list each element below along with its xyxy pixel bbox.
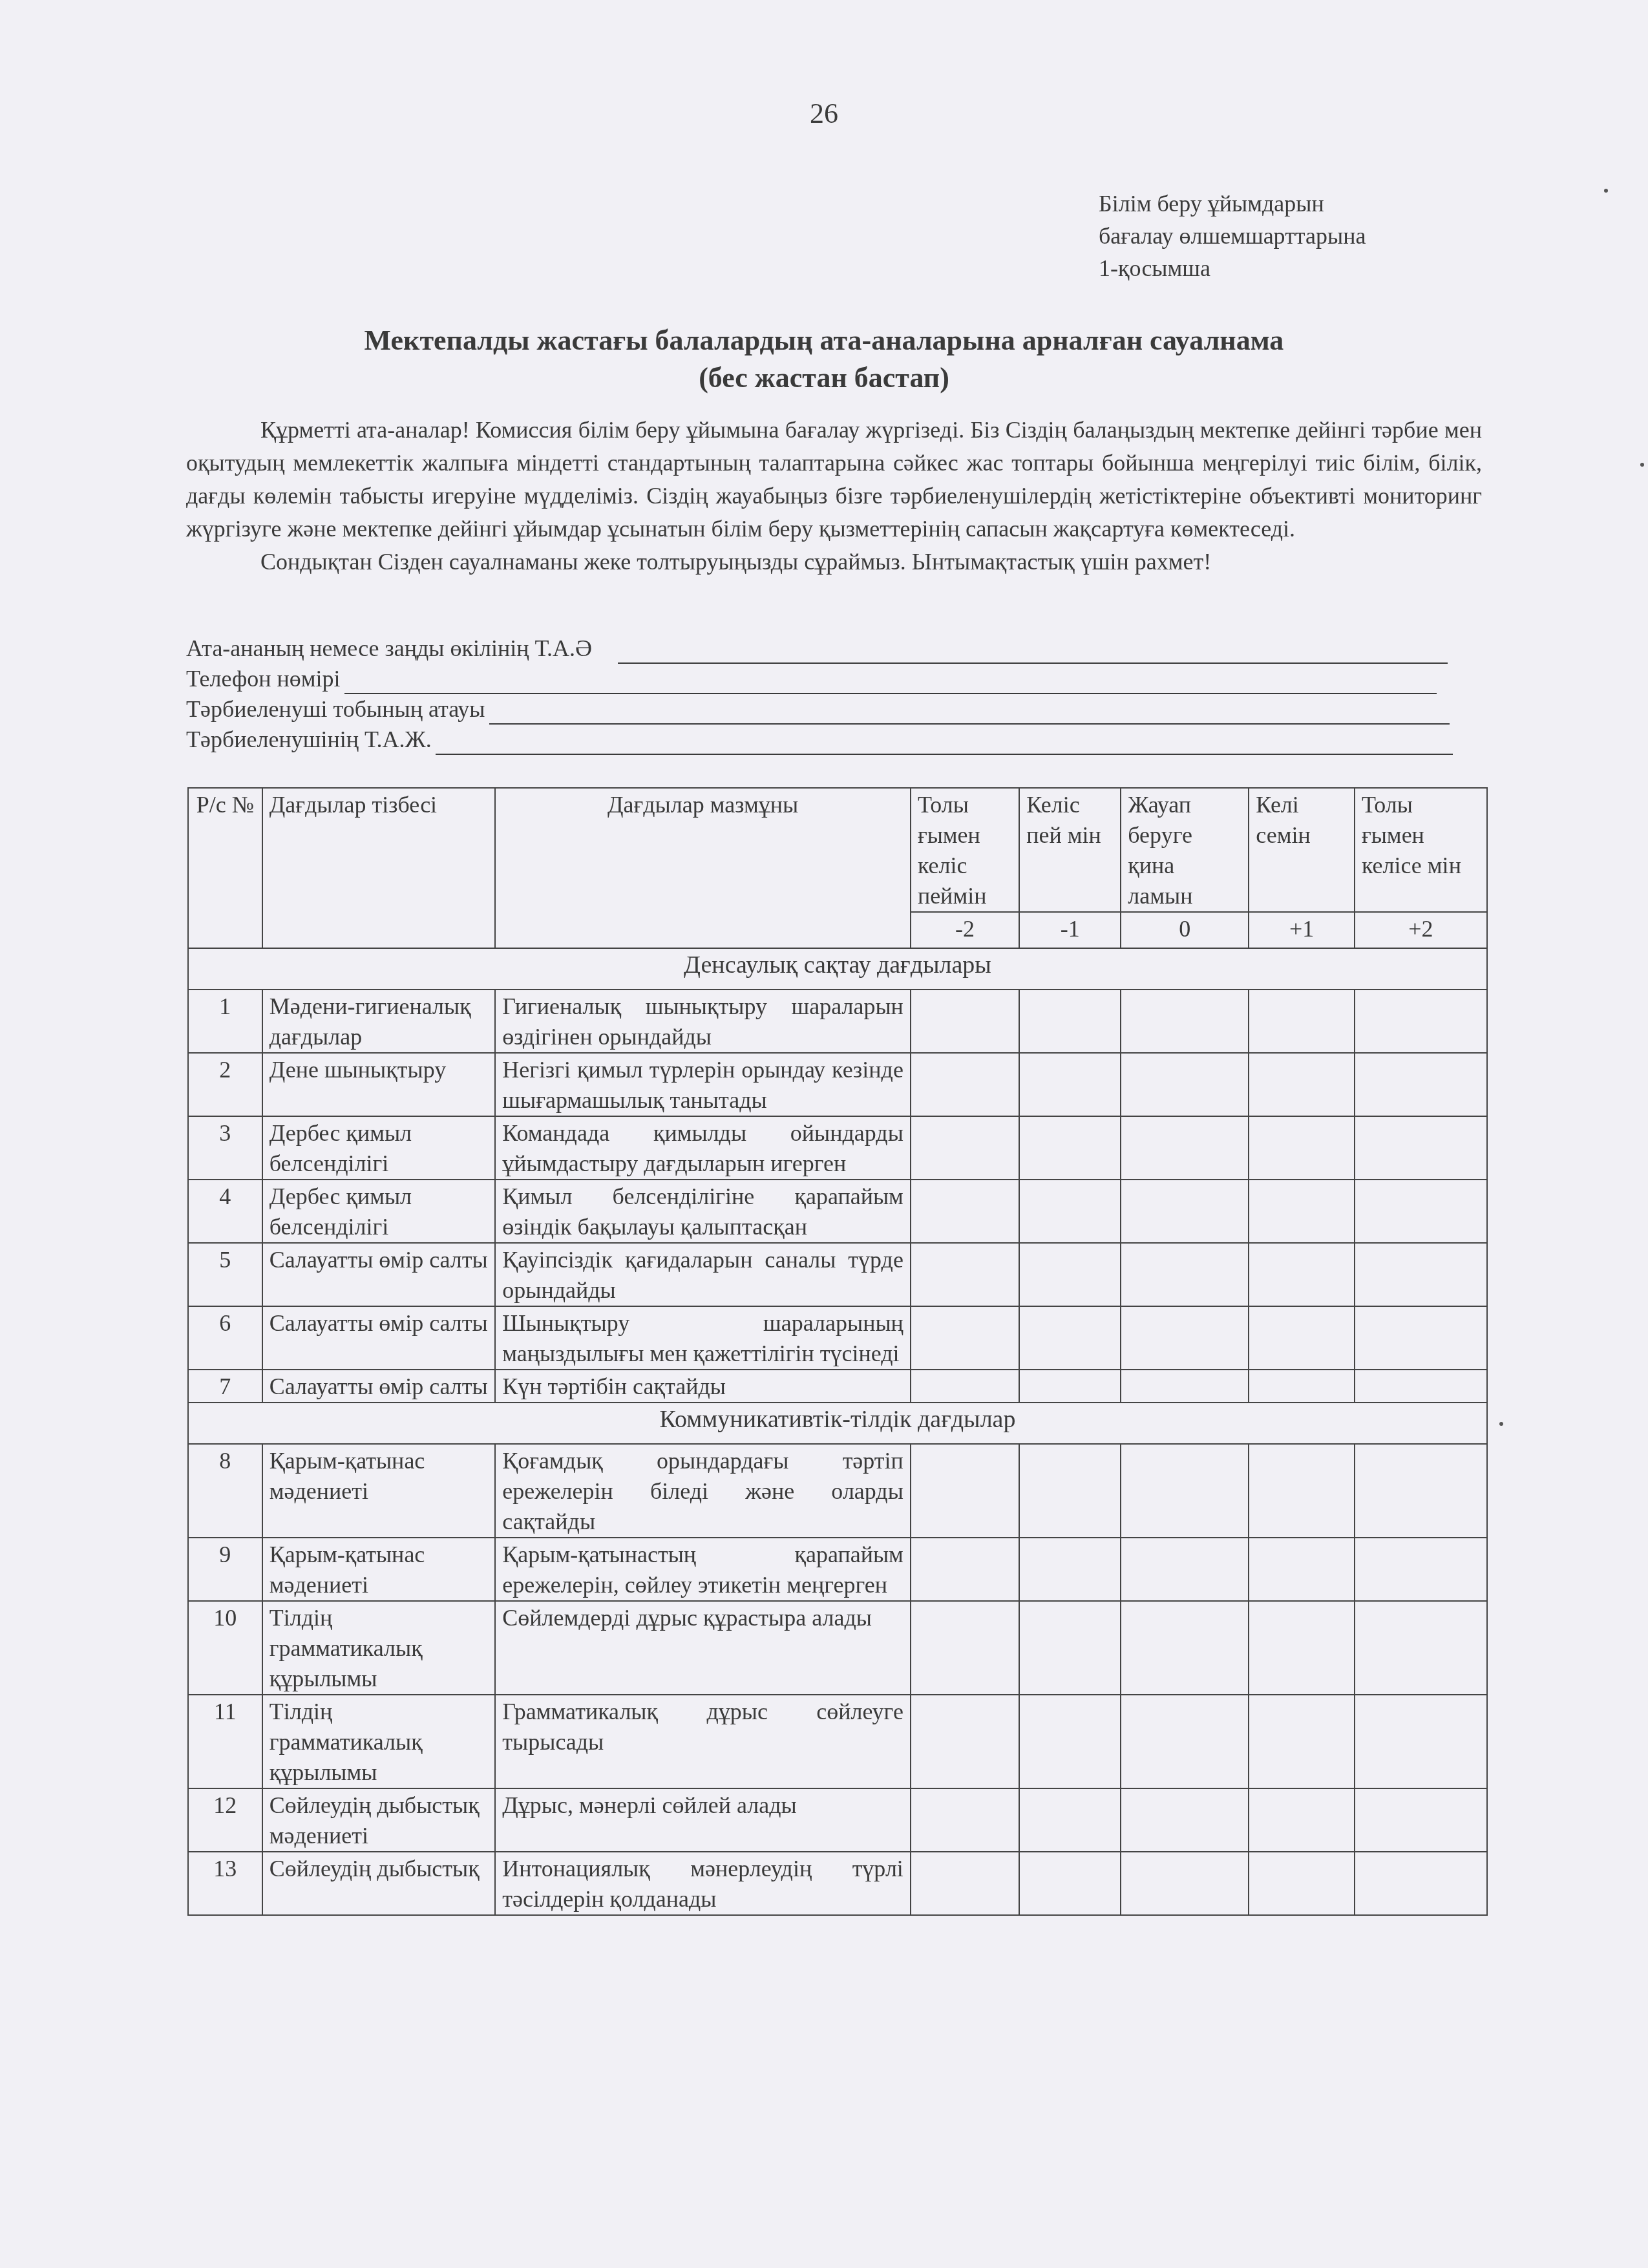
skill-content: Қауіпсіздік қағидаларын саналы түрде оры… [495,1243,911,1306]
survey-table: Р/с № Дағдылар тізбесі Дағдылар мазмұны … [187,787,1488,1916]
answer-strongly-agree[interactable] [1355,1852,1487,1915]
answer-disagree[interactable] [1019,1306,1121,1370]
appendix-note: Білім беру ұйымдарын бағалау өлшемшартта… [1099,187,1366,284]
answer-strongly-agree[interactable] [1355,1370,1487,1403]
answer-strongly-agree[interactable] [1355,1444,1487,1538]
answer-agree[interactable] [1249,1243,1355,1306]
answer-strongly-agree[interactable] [1355,1180,1487,1243]
field-label: Телефон нөмірі [186,664,341,694]
skill-content: Гигиеналық шынықтыру шараларын өздігінен… [495,990,911,1053]
header-scale-disagree: Келіс пей мін [1019,788,1121,912]
answer-agree[interactable] [1249,1370,1355,1403]
skill-name: Сөйлеудің дыбыстық [262,1852,496,1915]
answer-agree[interactable] [1249,1180,1355,1243]
scan-speck [1640,463,1644,467]
header-scale-strongly-agree: Толы ғымен келісе мін [1355,788,1487,912]
header-skill: Дағдылар тізбесі [262,788,496,948]
score-value: -2 [911,912,1019,948]
answer-strongly-disagree[interactable] [911,1370,1019,1403]
survey-body: Денсаулық сақтау дағдылары1Мәдени-гигиен… [188,948,1487,1915]
skill-name: Тілдің грамматикалық құрылымы [262,1695,496,1788]
header-scale-neutral: Жауап беруге қина ламын [1121,788,1249,912]
skill-content: Сөйлемдерді дұрыс құрастыра алады [495,1601,911,1695]
skill-content: Дұрыс, мәнерлі сөйлей алады [495,1788,911,1852]
answer-neutral[interactable] [1121,990,1249,1053]
table-row: 4Дербес қимыл белсенділігіҚимыл белсенді… [188,1180,1487,1243]
answer-neutral[interactable] [1121,1444,1249,1538]
row-number: 8 [188,1444,262,1538]
answer-strongly-disagree[interactable] [911,1243,1019,1306]
scan-speck [1499,1422,1503,1426]
table-row: 10Тілдің грамматикалық құрылымыСөйлемдер… [188,1601,1487,1695]
section-row: Денсаулық сақтау дағдылары [188,948,1487,990]
answer-strongly-disagree[interactable] [911,990,1019,1053]
answer-agree[interactable] [1249,990,1355,1053]
answer-strongly-disagree[interactable] [911,1788,1019,1852]
table-row: 11Тілдің грамматикалық құрылымыГрамматик… [188,1695,1487,1788]
answer-neutral[interactable] [1121,1243,1249,1306]
skill-name: Салауатты өмір салты [262,1306,496,1370]
answer-neutral[interactable] [1121,1116,1249,1180]
answer-disagree[interactable] [1019,1538,1121,1601]
answer-strongly-agree[interactable] [1355,1538,1487,1601]
field-label: Ата-ананың немесе заңды өкілінің Т.А.Ә [186,633,592,664]
row-number: 1 [188,990,262,1053]
answer-strongly-agree[interactable] [1355,990,1487,1053]
answer-strongly-disagree[interactable] [911,1116,1019,1180]
table-row: 13Сөйлеудің дыбыстықИнтонациялық мәнерле… [188,1852,1487,1915]
answer-disagree[interactable] [1019,990,1121,1053]
skill-name: Дербес қимыл белсенділігі [262,1116,496,1180]
header-scale-agree: Келі семін [1249,788,1355,912]
table-row: 1Мәдени-гигиеналық дағдыларГигиеналық шы… [188,990,1487,1053]
score-value: +1 [1249,912,1355,948]
field-input-line[interactable] [489,701,1450,725]
skill-content: Негізгі қимыл түрлерін орындау кезінде ш… [495,1053,911,1116]
answer-strongly-agree[interactable] [1355,1243,1487,1306]
answer-disagree[interactable] [1019,1695,1121,1788]
answer-strongly-disagree[interactable] [911,1444,1019,1538]
table-row: 9Қарым-қатынас мәдениетіҚарым-қатынастың… [188,1538,1487,1601]
row-number: 11 [188,1695,262,1788]
skill-content: Командада қимылды ойындарды ұйымдастыру … [495,1116,911,1180]
answer-disagree[interactable] [1019,1053,1121,1116]
appendix-line: 1-қосымша [1099,252,1366,284]
answer-strongly-agree[interactable] [1355,1306,1487,1370]
header-scale-strongly-disagree: Толы ғымен келіс пеймін [911,788,1019,912]
answer-agree[interactable] [1249,1788,1355,1852]
answer-neutral[interactable] [1121,1601,1249,1695]
answer-agree[interactable] [1249,1852,1355,1915]
field-input-line[interactable] [344,671,1437,694]
skill-content: Қоғамдық орындардағы тәртіп ережелерін б… [495,1444,911,1538]
answer-disagree[interactable] [1019,1444,1121,1538]
header-content: Дағдылар мазмұны [495,788,911,948]
answer-strongly-disagree[interactable] [911,1852,1019,1915]
skill-content: Шынықтыру шараларының маңыздылығы мен қа… [495,1306,911,1370]
score-value: +2 [1355,912,1487,948]
row-number: 4 [188,1180,262,1243]
answer-strongly-disagree[interactable] [911,1538,1019,1601]
field-label: Тәрбиеленушінің Т.А.Ж. [186,725,432,755]
row-number: 5 [188,1243,262,1306]
answer-neutral[interactable] [1121,1306,1249,1370]
field-label: Тәрбиеленуші тобының атауы [186,694,485,725]
answer-agree[interactable] [1249,1538,1355,1601]
row-number: 7 [188,1370,262,1403]
answer-neutral[interactable] [1121,1695,1249,1788]
child-name-field[interactable]: Тәрбиеленушінің Т.А.Ж. [186,725,1453,755]
table-row: 6Салауатты өмір салтыШынықтыру шараларын… [188,1306,1487,1370]
intro-paragraph: Құрметті ата-аналар! Комиссия білім беру… [186,414,1482,546]
answer-agree[interactable] [1249,1116,1355,1180]
table-row: 3Дербес қимыл белсенділігіКомандада қимы… [188,1116,1487,1180]
answer-neutral[interactable] [1121,1053,1249,1116]
title-line-1: Мектепалды жастағы балалардың ата-аналар… [0,322,1648,359]
table-row: 12Сөйлеудің дыбыстық мәдениетіДұрыс, мән… [188,1788,1487,1852]
answer-disagree[interactable] [1019,1180,1121,1243]
answer-neutral[interactable] [1121,1538,1249,1601]
appendix-line: Білім беру ұйымдарын [1099,187,1366,220]
skill-name: Дене шынықтыру [262,1053,496,1116]
scan-speck [1604,189,1608,193]
row-number: 10 [188,1601,262,1695]
table-row: 5Салауатты өмір салтыҚауіпсіздік қағидал… [188,1243,1487,1306]
answer-strongly-disagree[interactable] [911,1306,1019,1370]
skill-content: Қарым-қатынастың қарапайым ережелерін, с… [495,1538,911,1601]
parent-name-field[interactable]: Ата-ананың немесе заңды өкілінің Т.А.Ә [186,633,1448,664]
answer-neutral[interactable] [1121,1852,1249,1915]
answer-strongly-agree[interactable] [1355,1601,1487,1695]
section-title: Денсаулық сақтау дағдылары [188,948,1487,990]
answer-strongly-agree[interactable] [1355,1116,1487,1180]
table-row: 8Қарым-қатынас мәдениетіҚоғамдық орындар… [188,1444,1487,1538]
score-value: 0 [1121,912,1249,948]
skill-name: Сөйлеудің дыбыстық мәдениеті [262,1788,496,1852]
row-number: 9 [188,1538,262,1601]
row-number: 13 [188,1852,262,1915]
section-row: Коммуникативтік-тілдік дағдылар [188,1403,1487,1444]
answer-disagree[interactable] [1019,1116,1121,1180]
skill-content: Грамматикалық дұрыс сөйлеуге тырысады [495,1695,911,1788]
answer-neutral[interactable] [1121,1788,1249,1852]
skill-content: Күн тәртібін сақтайды [495,1370,911,1403]
respondent-fields: Ата-ананың немесе заңды өкілінің Т.А.Ә Т… [186,633,1482,755]
answer-neutral[interactable] [1121,1180,1249,1243]
row-number: 6 [188,1306,262,1370]
intro-paragraph: Сондықтан Сізден сауалнаманы жеке толтыр… [186,546,1482,578]
skill-name: Салауатты өмір салты [262,1243,496,1306]
answer-disagree[interactable] [1019,1243,1121,1306]
answer-strongly-agree[interactable] [1355,1053,1487,1116]
answer-agree[interactable] [1249,1306,1355,1370]
skill-name: Салауатты өмір салты [262,1370,496,1403]
group-name-field[interactable]: Тәрбиеленуші тобының атауы [186,694,1450,725]
answer-disagree[interactable] [1019,1601,1121,1695]
document-title: Мектепалды жастағы балалардың ата-аналар… [0,322,1648,397]
skill-name: Қарым-қатынас мәдениеті [262,1444,496,1538]
row-number: 2 [188,1053,262,1116]
skill-name: Мәдени-гигиеналық дағдылар [262,990,496,1053]
skill-content: Қимыл белсенділігіне қарапайым өзіндік б… [495,1180,911,1243]
header-row: Р/с № Дағдылар тізбесі Дағдылар мазмұны … [188,788,1487,912]
answer-strongly-agree[interactable] [1355,1695,1487,1788]
answer-disagree[interactable] [1019,1852,1121,1915]
score-value: -1 [1019,912,1121,948]
field-input-line[interactable] [436,732,1453,755]
answer-strongly-disagree[interactable] [911,1180,1019,1243]
answer-disagree[interactable] [1019,1370,1121,1403]
field-input-line[interactable] [618,641,1448,664]
skill-name: Дербес қимыл белсенділігі [262,1180,496,1243]
table-row: 7Салауатты өмір салтыКүн тәртібін сақтай… [188,1370,1487,1403]
intro-text: Құрметті ата-аналар! Комиссия білім беру… [186,414,1482,578]
answer-agree[interactable] [1249,1053,1355,1116]
skill-content: Интонациялық мәнерлеудің түрлі тәсілдері… [495,1852,911,1915]
row-number: 3 [188,1116,262,1180]
row-number: 12 [188,1788,262,1852]
answer-strongly-disagree[interactable] [911,1601,1019,1695]
skill-name: Тілдің грамматикалық құрылымы [262,1601,496,1695]
page-number: 26 [0,97,1648,130]
table-row: 2Дене шынықтыруНегізгі қимыл түрлерін ор… [188,1053,1487,1116]
answer-disagree[interactable] [1019,1788,1121,1852]
answer-agree[interactable] [1249,1444,1355,1538]
answer-strongly-agree[interactable] [1355,1788,1487,1852]
appendix-line: бағалау өлшемшарттарына [1099,220,1366,252]
header-num: Р/с № [188,788,262,948]
answer-agree[interactable] [1249,1601,1355,1695]
answer-neutral[interactable] [1121,1370,1249,1403]
phone-number-field[interactable]: Телефон нөмірі [186,664,1437,694]
title-line-2: (бес жастан бастап) [0,359,1648,397]
answer-strongly-disagree[interactable] [911,1695,1019,1788]
answer-strongly-disagree[interactable] [911,1053,1019,1116]
section-title: Коммуникативтік-тілдік дағдылар [188,1403,1487,1444]
answer-agree[interactable] [1249,1695,1355,1788]
skill-name: Қарым-қатынас мәдениеті [262,1538,496,1601]
